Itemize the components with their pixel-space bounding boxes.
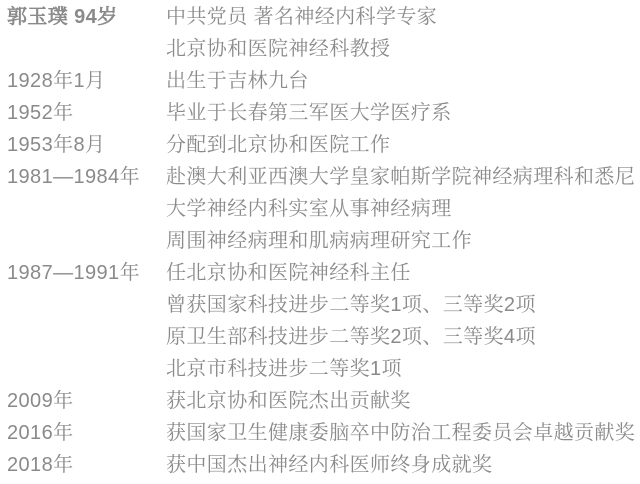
timeline-row: 2009年 获北京协和医院杰出贡献奖: [0, 385, 640, 417]
biography-page: 郭玉璞 94岁 中共党员 著名神经内科学专家北京协和医院神经科教授 1928年1…: [0, 0, 640, 484]
description-line: 大学神经内科实室从事神经病理: [166, 193, 640, 225]
timeline-row: 1987—1991年 任北京协和医院神经科主任曾获国家科技进步二等奖1项、三等奖…: [0, 257, 640, 385]
timeline-date-label: 2016年: [0, 417, 166, 449]
description-line: 赴澳大利亚西澳大学皇家帕斯学院神经病理科和悉尼: [166, 161, 640, 193]
description-line: 曾获国家科技进步二等奖1项、三等奖2项: [166, 289, 640, 321]
timeline-row: 1952年 毕业于长春第三军医大学医疗系: [0, 97, 640, 129]
description-line: 获中国杰出神经内科医师终身成就奖: [166, 449, 640, 481]
timeline-description: 获北京协和医院杰出贡献奖: [166, 385, 640, 417]
timeline-date-label: 2018年: [0, 449, 166, 481]
timeline-date-label: 1987—1991年: [0, 257, 166, 289]
description-line: 出生于吉林九台: [166, 65, 640, 97]
timeline-description: 任北京协和医院神经科主任曾获国家科技进步二等奖1项、三等奖2项原卫生部科技进步二…: [166, 257, 640, 385]
timeline-description: 分配到北京协和医院工作: [166, 129, 640, 161]
timeline-row: 1928年1月 出生于吉林九台: [0, 65, 640, 97]
timeline-date-label: 1928年1月: [0, 65, 166, 97]
timeline-date-label: 1981—1984年: [0, 161, 166, 193]
biography-timeline: 郭玉璞 94岁 中共党员 著名神经内科学专家北京协和医院神经科教授 1928年1…: [0, 0, 640, 481]
timeline-date-label: 2009年: [0, 385, 166, 417]
description-line: 毕业于长春第三军医大学医疗系: [166, 97, 640, 129]
description-line: 分配到北京协和医院工作: [166, 129, 640, 161]
timeline-date-label: 1952年: [0, 97, 166, 129]
timeline-description: 中共党员 著名神经内科学专家北京协和医院神经科教授: [166, 1, 640, 65]
description-line: 获国家卫生健康委脑卒中防治工程委员会卓越贡献奖: [166, 417, 640, 449]
timeline-row: 2018年 获中国杰出神经内科医师终身成就奖: [0, 449, 640, 481]
timeline-row: 1953年8月 分配到北京协和医院工作: [0, 129, 640, 161]
timeline-row: 2016年 获国家卫生健康委脑卒中防治工程委员会卓越贡献奖: [0, 417, 640, 449]
description-line: 周围神经病理和肌病病理研究工作: [166, 225, 640, 257]
description-line: 北京协和医院神经科教授: [166, 33, 640, 65]
timeline-description: 赴澳大利亚西澳大学皇家帕斯学院神经病理科和悉尼大学神经内科实室从事神经病理周围神…: [166, 161, 640, 257]
timeline-description: 毕业于长春第三军医大学医疗系: [166, 97, 640, 129]
description-line: 原卫生部科技进步二等奖2项、三等奖4项: [166, 321, 640, 353]
timeline-row: 郭玉璞 94岁 中共党员 著名神经内科学专家北京协和医院神经科教授: [0, 1, 640, 65]
description-line: 任北京协和医院神经科主任: [166, 257, 640, 289]
timeline-description: 获中国杰出神经内科医师终身成就奖: [166, 449, 640, 481]
description-line: 中共党员 著名神经内科学专家: [166, 1, 640, 33]
timeline-date-label: 郭玉璞 94岁: [0, 1, 166, 33]
timeline-description: 出生于吉林九台: [166, 65, 640, 97]
timeline-description: 获国家卫生健康委脑卒中防治工程委员会卓越贡献奖: [166, 417, 640, 449]
timeline-row: 1981—1984年 赴澳大利亚西澳大学皇家帕斯学院神经病理科和悉尼大学神经内科…: [0, 161, 640, 257]
description-line: 北京市科技进步二等奖1项: [166, 353, 640, 385]
description-line: 获北京协和医院杰出贡献奖: [166, 385, 640, 417]
timeline-date-label: 1953年8月: [0, 129, 166, 161]
